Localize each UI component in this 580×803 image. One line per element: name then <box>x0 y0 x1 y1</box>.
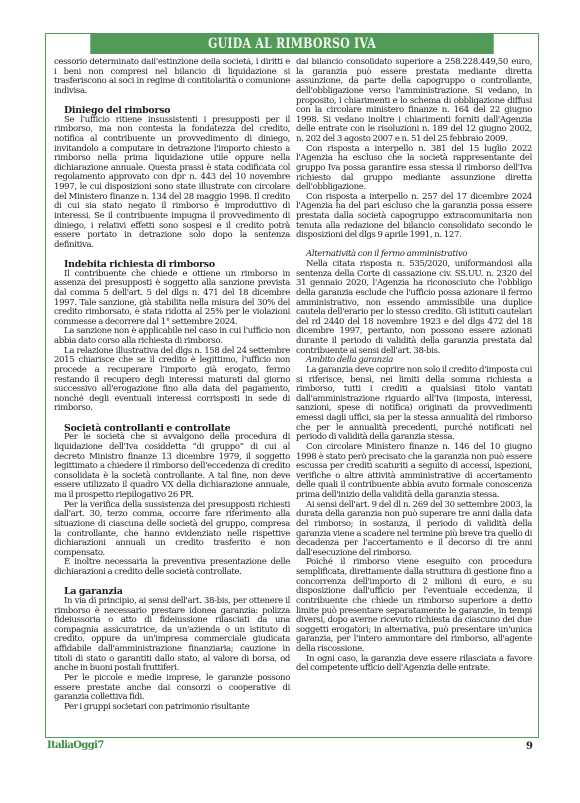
paragraph: Con risposta a interpello n. 381 del 15 … <box>296 145 532 193</box>
right-column: dal bilancio consolidato superiore a 258… <box>296 58 532 735</box>
paragraph: Se l'ufficio ritiene insussistenti i pre… <box>54 116 290 251</box>
publication-logo: ItaliaOggi7 <box>47 740 104 751</box>
paragraph: dal bilancio consolidato superiore a 258… <box>296 58 532 145</box>
paragraph: Ai sensi dell'art. 9 del dl n. 269 del 3… <box>296 501 532 559</box>
paragraph: Poiché il rimborso viene eseguito con pr… <box>296 558 532 654</box>
paragraph: Per le piccole e medie imprese, le garan… <box>54 674 290 703</box>
article-columns: cessorio determinato dall'estinzione del… <box>54 58 532 735</box>
paragraph: In ogni caso, la garanzia deve essere ri… <box>296 655 532 674</box>
paragraph: Il contribuente che chiede e ottiene un … <box>54 270 290 328</box>
paragraph: La relazione illustrativa del dlgs n. 15… <box>54 347 290 414</box>
left-column: cessorio determinato dall'estinzione del… <box>54 58 290 735</box>
page-number: 9 <box>526 741 533 752</box>
paragraph: La sanzione non è applicabile nel caso i… <box>54 327 290 346</box>
paragraph: cessorio determinato dall'estinzione del… <box>54 58 290 97</box>
paragraph: Per i gruppi societari con patrimonio ri… <box>54 703 290 713</box>
paragraph: Per le società che si avvalgono della pr… <box>54 433 290 500</box>
paragraph: Con risposta a interpello n. 257 del 17 … <box>296 193 532 241</box>
paragraph: Con circolare Ministero finanze n. 146 d… <box>296 443 532 501</box>
paragraph: È inoltre necessaria la preventiva prese… <box>54 558 290 577</box>
paragraph: In via di principio, ai sensi dell'art. … <box>54 597 290 674</box>
paragraph: La garanzia deve coprire non solo il cre… <box>296 366 532 443</box>
page-header-title: GUIDA AL RIMBORSO IVA <box>90 34 493 54</box>
paragraph: Per la verifica della sussistenza dei pr… <box>54 501 290 559</box>
article-frame: GUIDA AL RIMBORSO IVA cessorio determina… <box>45 33 539 738</box>
paragraph: Nella citata risposta n. 535/2020, unifo… <box>296 260 532 356</box>
